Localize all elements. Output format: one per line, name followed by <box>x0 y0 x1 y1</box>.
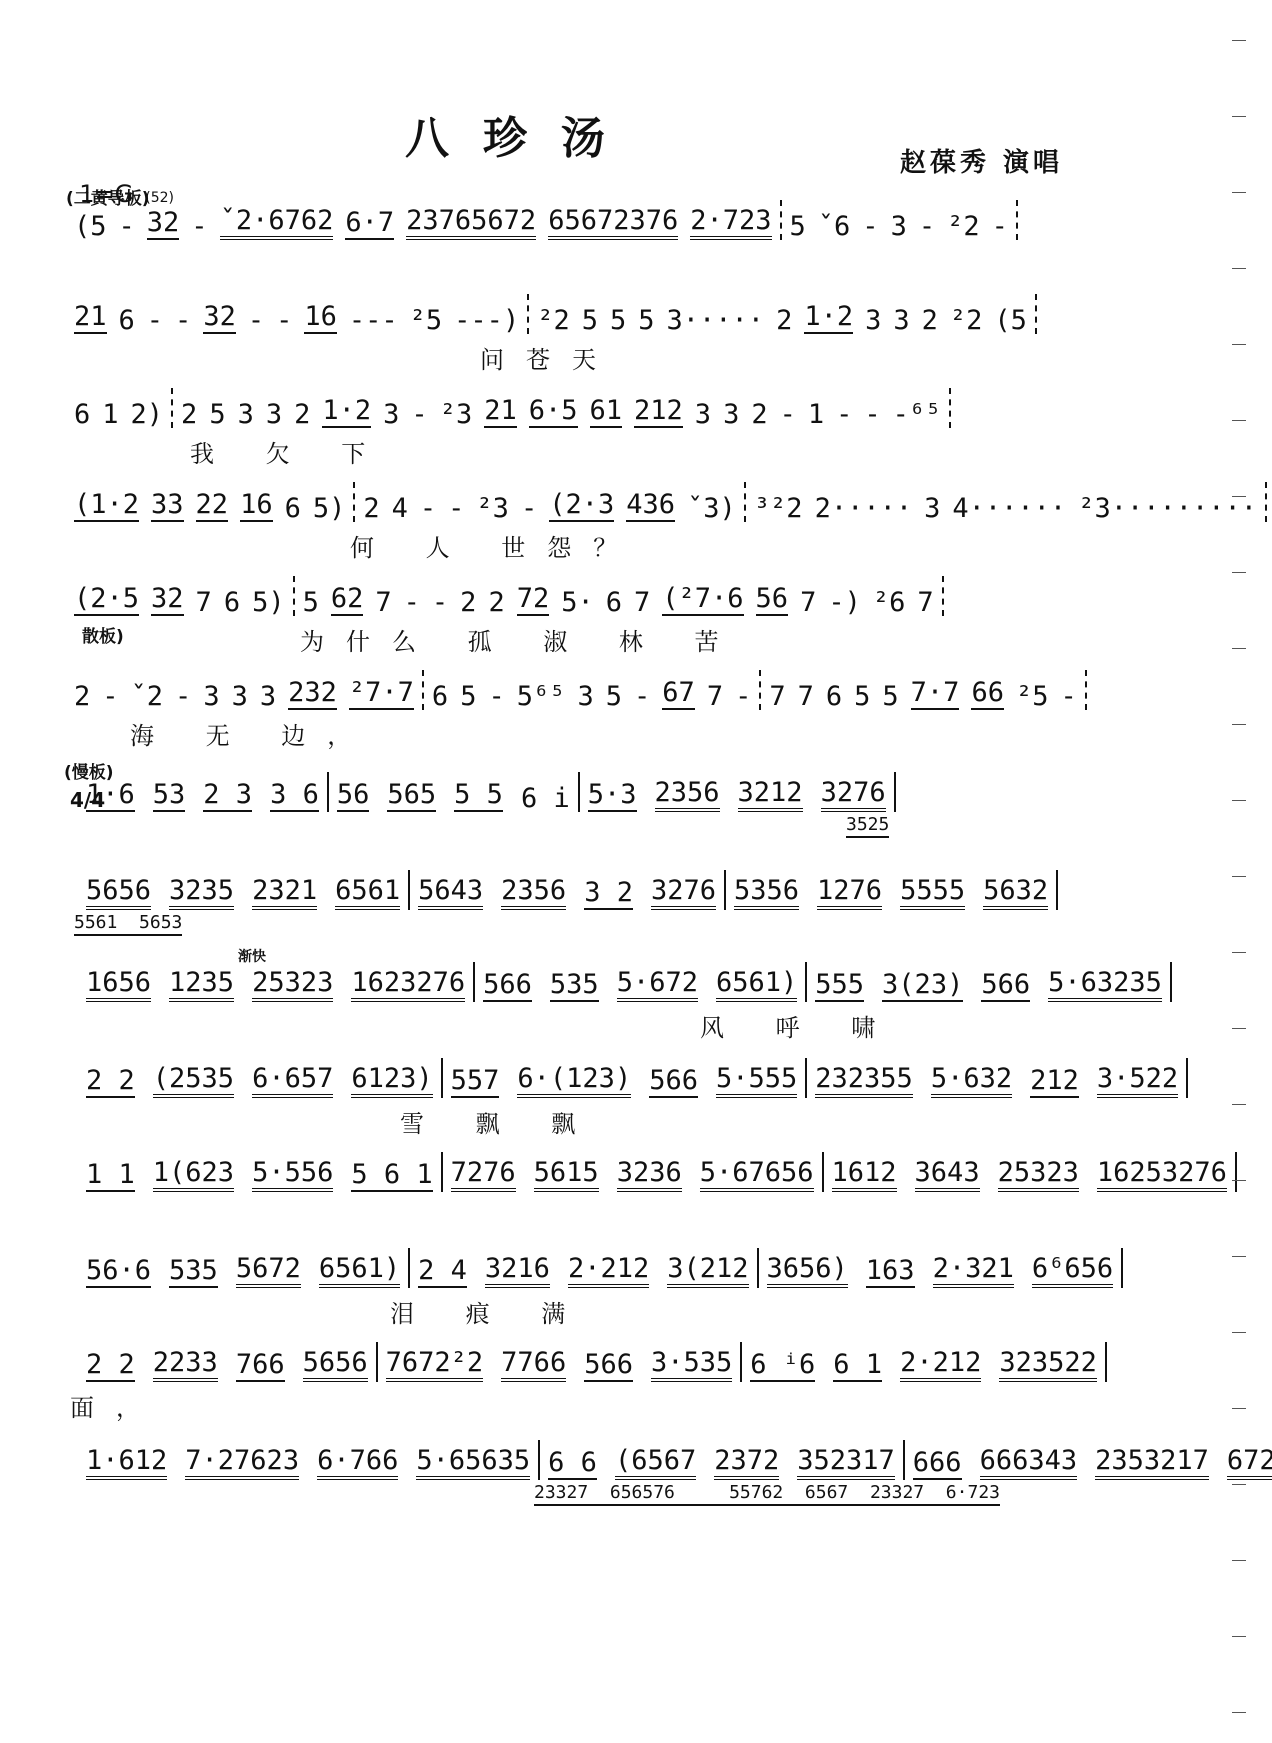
measure: ³²22·····34······²3········· <box>746 495 1265 522</box>
measure: 161236432532316253276 <box>824 1159 1235 1192</box>
note-group: - <box>119 213 135 240</box>
note-group: ²6 <box>873 589 906 616</box>
note-group: 3·522 <box>1097 1065 1178 1098</box>
score-line: (5-32-ˇ2·67626·723765672656723762·7235ˇ6… <box>66 200 1126 240</box>
note-group: - <box>102 683 118 710</box>
note-group: - <box>488 683 504 710</box>
note-group: 5·672 <box>617 969 698 1002</box>
note-group: 53 <box>153 781 186 812</box>
note-group: 56·6 <box>86 1257 151 1288</box>
note-group: 3 6 <box>270 781 319 812</box>
note-group: 6·(123) <box>517 1065 631 1098</box>
note-group: ˇ2·6762 <box>220 207 334 240</box>
note-group: 6·7 <box>345 209 394 240</box>
note-group: ²7·7 <box>349 679 414 710</box>
note-group: 352317 <box>797 1447 895 1480</box>
note-group: - <box>735 683 751 710</box>
note-group: 6 1 <box>833 1351 882 1382</box>
measure: 565655 56 i <box>329 781 578 812</box>
note-group: 766 <box>236 1351 285 1382</box>
note-group: 2 <box>922 307 938 334</box>
note-group: 6 6 <box>548 1449 597 1480</box>
note-group: 2353217 <box>1095 1447 1209 1480</box>
note-group: 566 <box>981 971 1030 1002</box>
note-group: 5615 <box>534 1159 599 1192</box>
barline-end <box>1235 1152 1237 1192</box>
measure: 1·6127·276236·7665·65635 <box>78 1447 538 1480</box>
barline-end <box>949 388 951 428</box>
note-group: (5 <box>74 213 107 240</box>
note-group: 2 3 <box>203 781 252 812</box>
note-group: 62 <box>331 585 364 616</box>
annotation-jianxi: 渐快 <box>238 946 266 966</box>
note-group: - <box>432 589 448 616</box>
note-group: 2 4 <box>418 1257 467 1288</box>
note-group: 3 <box>723 401 739 428</box>
note-group: 5632 <box>983 877 1048 910</box>
note-group: 2 <box>74 683 90 710</box>
score-line: 1 11(6235·5565 6 17276561532365·67656161… <box>78 1152 1138 1192</box>
note-group: 2 <box>294 401 310 428</box>
note-group: 3212 <box>738 779 803 812</box>
measure: 1 11(6235·5565 6 1 <box>78 1159 441 1192</box>
note-group: 5·67656 <box>700 1159 814 1192</box>
note-group: 3 <box>893 307 909 334</box>
note-group: 6561) <box>716 969 797 1002</box>
barline-end <box>1056 870 1058 910</box>
note-group: 5 <box>303 589 319 616</box>
note-group: 2) <box>131 401 164 428</box>
note-group: 1(623 <box>153 1159 234 1192</box>
note-group: 2 <box>751 401 767 428</box>
note-group: 1612 <box>832 1159 897 1192</box>
note-group: 3276 <box>821 779 886 812</box>
barline-end <box>1085 670 1087 710</box>
note-group: 232 <box>288 679 337 710</box>
note-group: 16 <box>304 303 337 334</box>
measure: 2 2(25356·6576123) <box>78 1065 441 1098</box>
note-group: 3 <box>578 683 594 710</box>
note-group: 232355 <box>815 1065 913 1098</box>
note-group: 32 <box>147 209 180 240</box>
note-group: 5 <box>460 683 476 710</box>
note-group: - <box>836 401 852 428</box>
lyrics: 我 欠 下 <box>190 434 387 469</box>
lyrics: 风 呼 啸 <box>700 1008 897 1043</box>
note-group: 2 <box>776 307 792 334</box>
note-group: 3236 <box>617 1159 682 1192</box>
note-group: 72 <box>517 585 550 616</box>
note-group: ˇ2 <box>131 683 164 710</box>
note-group: 1·612 <box>86 1447 167 1480</box>
measure: 16561235253231623276 <box>78 969 473 1002</box>
note-group: 5·556 <box>252 1159 333 1192</box>
note-group: 16253276 <box>1097 1159 1227 1192</box>
note-group: 3····· <box>667 307 765 334</box>
note-group: 21 <box>484 397 517 428</box>
note-group: 5656 <box>303 1349 368 1382</box>
note-group: 5 <box>854 683 870 710</box>
note-group: 1 <box>808 401 824 428</box>
note-group: 5·65635 <box>416 1447 530 1480</box>
note-group: - <box>1060 683 1076 710</box>
note-group: ²5 <box>410 307 443 334</box>
note-group: 61 <box>590 397 623 428</box>
note-group: - <box>404 589 420 616</box>
measure: ²25553·····21·2332²2(5 <box>529 303 1035 334</box>
note-group: 22 <box>196 491 229 522</box>
note-group: -) <box>828 589 861 616</box>
note-group: 3235 <box>169 877 234 910</box>
note-group: 5 <box>582 307 598 334</box>
note-group: 1·2 <box>804 303 853 334</box>
measure: 5ˇ6-3-²2- <box>782 213 1016 240</box>
measure: 1·6532 33 6 <box>78 781 327 812</box>
note-group: 5·63235 <box>1048 969 1162 1002</box>
barline-end <box>1265 482 1267 522</box>
note-group: 2 <box>181 401 197 428</box>
alternate-notes: 3525 <box>846 816 889 838</box>
note-group: 56 <box>337 781 370 812</box>
note-group: 3 <box>238 401 254 428</box>
note-group: 3 <box>266 401 282 428</box>
note-group: 7 <box>196 589 212 616</box>
measure: 5576·(123)5665·555 <box>443 1065 806 1098</box>
score-line: (1·233221665)24--²3-(2·3436ˇ3)³²22·····3… <box>66 482 1126 522</box>
margin-tick <box>1232 724 1246 725</box>
note-group: 7·7 <box>911 679 960 710</box>
note-group: 5·632 <box>931 1065 1012 1098</box>
note-group: 2321 <box>252 877 317 910</box>
note-group: 7 <box>769 683 785 710</box>
note-group: 66 <box>971 679 1004 710</box>
note-group: 7 <box>800 589 816 616</box>
note-group: 3(212 <box>667 1255 748 1288</box>
note-group: - <box>864 401 880 428</box>
note-group: 7672²2 <box>386 1349 484 1382</box>
tempo-marking-sanban: 散板) <box>82 622 124 647</box>
note-group: 56 <box>756 585 789 616</box>
note-group: 6 <box>224 589 240 616</box>
note-group: (2535 <box>153 1065 234 1098</box>
note-group: 2·212 <box>900 1349 981 1382</box>
note-group: 6 <box>74 401 90 428</box>
note-group: 6·5 <box>529 397 578 428</box>
note-group: 535 <box>169 1257 218 1288</box>
score-line: (2·532765)5627--22725·67(²7·6567-)²67 <box>66 576 1126 616</box>
note-group: 6 i <box>521 785 570 812</box>
barline-end <box>1121 1248 1123 1288</box>
note-group: 5 5 <box>454 781 503 812</box>
barline-end <box>1035 294 1037 334</box>
note-group: (1·2 <box>74 491 139 522</box>
note-group: 565 <box>387 781 436 812</box>
margin-tick <box>1232 876 1246 877</box>
note-group: (²7·6 <box>662 585 743 616</box>
margin-tick <box>1232 1256 1246 1257</box>
measure: 5553(23)5665·63235 <box>807 969 1170 1002</box>
note-group: 25323 <box>998 1159 1079 1192</box>
measure: 216--32--16---²5---) <box>66 303 527 334</box>
note-group: - <box>448 495 464 522</box>
note-group: 3216 <box>485 1255 550 1288</box>
note-group: ---) <box>454 307 519 334</box>
margin-tick <box>1232 1028 1246 1029</box>
note-group: 1656 <box>86 969 151 1002</box>
note-group: 7 <box>634 589 650 616</box>
note-group: 566 <box>483 971 532 1002</box>
score-line: 1·6127·276236·7665·656356 6(656723723523… <box>78 1440 1138 1480</box>
margin-tick <box>1232 1408 1246 1409</box>
note-group: 4······ <box>952 495 1066 522</box>
measure: 5665355·6726561) <box>475 969 805 1002</box>
margin-tick <box>1232 648 1246 649</box>
barline-end <box>894 772 896 812</box>
note-group: - <box>175 683 191 710</box>
note-group: 5·555 <box>716 1065 797 1098</box>
measure: 5656323523216561 <box>78 877 408 910</box>
note-group: - <box>862 213 878 240</box>
note-group: 566 <box>649 1067 698 1098</box>
note-group: 3 <box>203 683 219 710</box>
note-group: 2····· <box>815 495 913 522</box>
margin-tick <box>1232 952 1246 953</box>
note-group: 33 <box>151 491 184 522</box>
margin-tick <box>1232 572 1246 573</box>
barline-end <box>1105 1342 1107 1382</box>
margin-tick <box>1232 1484 1246 1485</box>
note-group: ²2 <box>947 213 980 240</box>
barline-end <box>1186 1058 1188 1098</box>
note-group: 3 <box>383 401 399 428</box>
note-group: (5 <box>994 307 1027 334</box>
note-group: 1 <box>102 401 118 428</box>
note-group: 5672 <box>236 1255 301 1288</box>
measure: 564323563 23276 <box>410 877 724 910</box>
lyrics: 为什么 孤 淑 林 苦 <box>300 622 741 657</box>
margin-tick <box>1232 420 1246 421</box>
note-group: 5 <box>610 307 626 334</box>
note-group: --- <box>349 307 398 334</box>
note-group: 323522 <box>999 1349 1097 1382</box>
note-group: 6 <box>606 589 622 616</box>
note-group: 3276 <box>651 877 716 910</box>
measure: 2323555·6322123·522 <box>807 1065 1186 1098</box>
note-group: 6 ⁱ6 <box>750 1351 815 1382</box>
note-group: 2·321 <box>933 1255 1014 1288</box>
note-group: - <box>175 307 191 334</box>
note-group: ²2 <box>950 307 983 334</box>
note-group: 3 2 <box>584 879 633 910</box>
note-group: 6 <box>285 495 301 522</box>
measure: 253321·23-²3216·561212332-1---⁶⁵ <box>173 397 949 428</box>
note-group: 1623276 <box>351 969 465 1002</box>
measure: 5627--22725·67(²7·6567-)²67 <box>295 585 942 616</box>
note-group: - <box>992 213 1008 240</box>
measure: 24--²3-(2·3436ˇ3) <box>355 491 743 522</box>
note-group: 2 <box>460 589 476 616</box>
barline-end <box>1016 200 1018 240</box>
score-line: 612)253321·23-²3216·561212332-1---⁶⁵ <box>66 388 1126 428</box>
note-group: 2233 <box>153 1349 218 1382</box>
note-group: - <box>248 307 264 334</box>
note-group: 5 <box>882 683 898 710</box>
note-group: 7 <box>375 589 391 616</box>
margin-tick <box>1232 1712 1246 1713</box>
note-group: - <box>919 213 935 240</box>
note-group: 1·2 <box>322 397 371 428</box>
note-group: 2·212 <box>568 1255 649 1288</box>
note-group: 6·657 <box>252 1065 333 1098</box>
measure: (5-32-ˇ2·67626·723765672656723762·723 <box>66 207 780 240</box>
measure: 6 6(65672372352317 <box>540 1447 903 1480</box>
lyrics: 海 无 边， <box>130 716 373 751</box>
note-group: 2372 <box>714 1447 779 1480</box>
measure: (2·532765) <box>66 585 293 616</box>
time-signature: 4/4 <box>70 788 105 812</box>
note-group: 436 <box>626 491 675 522</box>
margin-tick <box>1232 116 1246 117</box>
measure: 776557·766²5- <box>761 679 1084 710</box>
note-group: 3 <box>891 213 907 240</box>
note-group: 6561) <box>319 1255 400 1288</box>
lyrics: 何 人 世怨？ <box>350 528 639 563</box>
note-group: 2·723 <box>690 207 771 240</box>
note-group: 5656 <box>86 877 151 910</box>
note-group: - <box>521 495 537 522</box>
score-title: 八珍汤 <box>405 102 639 166</box>
note-group: - <box>411 401 427 428</box>
lyrics: 面， <box>70 1388 162 1423</box>
note-group: 3·535 <box>651 1349 732 1382</box>
note-group: 3(23) <box>882 971 963 1002</box>
note-group: 5 <box>638 307 654 334</box>
note-group: 163 <box>866 1257 915 1288</box>
note-group: 5 <box>606 683 622 710</box>
score-line: 1·6532 33 6565655 56 i5·3235632123276 <box>78 772 1138 812</box>
note-group: 5) <box>313 495 346 522</box>
note-group: 5· <box>561 589 594 616</box>
note-group: 32 <box>151 585 184 616</box>
note-group: 6⁶656 <box>1032 1255 1113 1288</box>
note-group: 67 <box>662 679 695 710</box>
note-group: 7766 <box>501 1349 566 1382</box>
measure: 5·3235632123276 <box>580 779 894 812</box>
note-group: 5 6 1 <box>351 1161 432 1192</box>
margin-tick <box>1232 1332 1246 1333</box>
note-group: 3 <box>232 683 248 710</box>
note-group: 3 <box>924 495 940 522</box>
note-group: (2·5 <box>74 585 139 616</box>
note-group: 6 <box>119 307 135 334</box>
note-group: ³²2 <box>754 495 803 522</box>
note-group: ²5 <box>1016 683 1049 710</box>
measure: 56·653556726561) <box>78 1255 408 1288</box>
alternate-notes: 23327 656576 55762 6567 23327 6·723 <box>534 1484 1000 1506</box>
note-group: 557 <box>451 1067 500 1098</box>
note-group: 2356 <box>655 779 720 812</box>
score-line: 216--32--16---²5---)²25553·····21·2332²2… <box>66 294 1126 334</box>
measure: 612) <box>66 401 171 428</box>
note-group: 3 <box>865 307 881 334</box>
measure: 2-ˇ2-333232²7·7 <box>66 679 422 710</box>
note-group: - <box>191 213 207 240</box>
note-group: 7276 <box>451 1159 516 1192</box>
note-group: (6567 <box>615 1447 696 1480</box>
measure: 6 ⁱ66 12·212323522 <box>742 1349 1105 1382</box>
note-group: 6123) <box>351 1065 432 1098</box>
measure: 2 432162·2123(212 <box>410 1255 756 1288</box>
note-group: 666343 <box>980 1447 1078 1480</box>
measure: 65-5⁶⁵35-677- <box>424 679 759 710</box>
note-group: - <box>420 495 436 522</box>
note-group: ˇ6 <box>818 213 851 240</box>
note-group: ²3········· <box>1078 495 1257 522</box>
note-group: 2 <box>488 589 504 616</box>
note-group: ²2 <box>537 307 570 334</box>
note-group: 65672376 <box>548 207 678 240</box>
note-group: 1 1 <box>86 1161 135 1192</box>
note-group: -⁶⁵ <box>893 401 942 428</box>
barline-end <box>942 576 944 616</box>
score-line: 165612352532316232765665355·6726561)5553… <box>78 962 1138 1002</box>
note-group: 555 <box>815 971 864 1002</box>
note-group: 2 2 <box>86 1351 135 1382</box>
margin-tick <box>1232 1636 1246 1637</box>
lyrics: 泪 痕 满 <box>390 1294 587 1329</box>
margin-tick <box>1232 192 1246 193</box>
note-group: 4 <box>392 495 408 522</box>
measure: 3656)1632·3216⁶656 <box>759 1255 1122 1288</box>
note-group: 2 <box>363 495 379 522</box>
margin-tick <box>1232 268 1246 269</box>
note-group: 3643 <box>915 1159 980 1192</box>
note-group: 6561 <box>335 877 400 910</box>
note-group: 21 <box>74 303 107 334</box>
performer-credit: 赵葆秀 演唱 <box>900 142 1063 179</box>
score-line: 5656323523216561564323563 23276535612765… <box>78 870 1138 910</box>
margin-tick <box>1232 800 1246 801</box>
note-group: 2356 <box>501 877 566 910</box>
measure: 2 222337665656 <box>78 1349 376 1382</box>
note-group: - <box>780 401 796 428</box>
note-group: 3 <box>695 401 711 428</box>
margin-tick <box>1232 1560 1246 1561</box>
measure: 66666634323532176723276 <box>905 1447 1272 1480</box>
note-group: 6·766 <box>317 1447 398 1480</box>
note-group: 5 <box>790 213 806 240</box>
note-group: 25323 <box>252 969 333 1002</box>
note-group: 5356 <box>734 877 799 910</box>
measure: 5356127655555632 <box>726 877 1056 910</box>
note-group: 5 <box>209 401 225 428</box>
note-group: ²3 <box>440 401 473 428</box>
score-line: 2 2(25356·6576123)5576·(123)5665·5552323… <box>78 1058 1138 1098</box>
note-group: 7·27623 <box>185 1447 299 1480</box>
note-group: 7 <box>707 683 723 710</box>
barline-end <box>1170 962 1172 1002</box>
margin-tick <box>1232 496 1246 497</box>
note-group: 23765672 <box>406 207 536 240</box>
tempo-marking-manban: (慢板) <box>64 758 114 783</box>
note-group: 16 <box>240 491 273 522</box>
note-group: 6 <box>826 683 842 710</box>
note-group: 7 <box>798 683 814 710</box>
note-group: 5⁶⁵ <box>517 683 566 710</box>
lyrics: 问苍天 <box>480 340 618 375</box>
note-group: 5643 <box>418 877 483 910</box>
alternate-notes: 5561 5653 <box>74 914 182 936</box>
